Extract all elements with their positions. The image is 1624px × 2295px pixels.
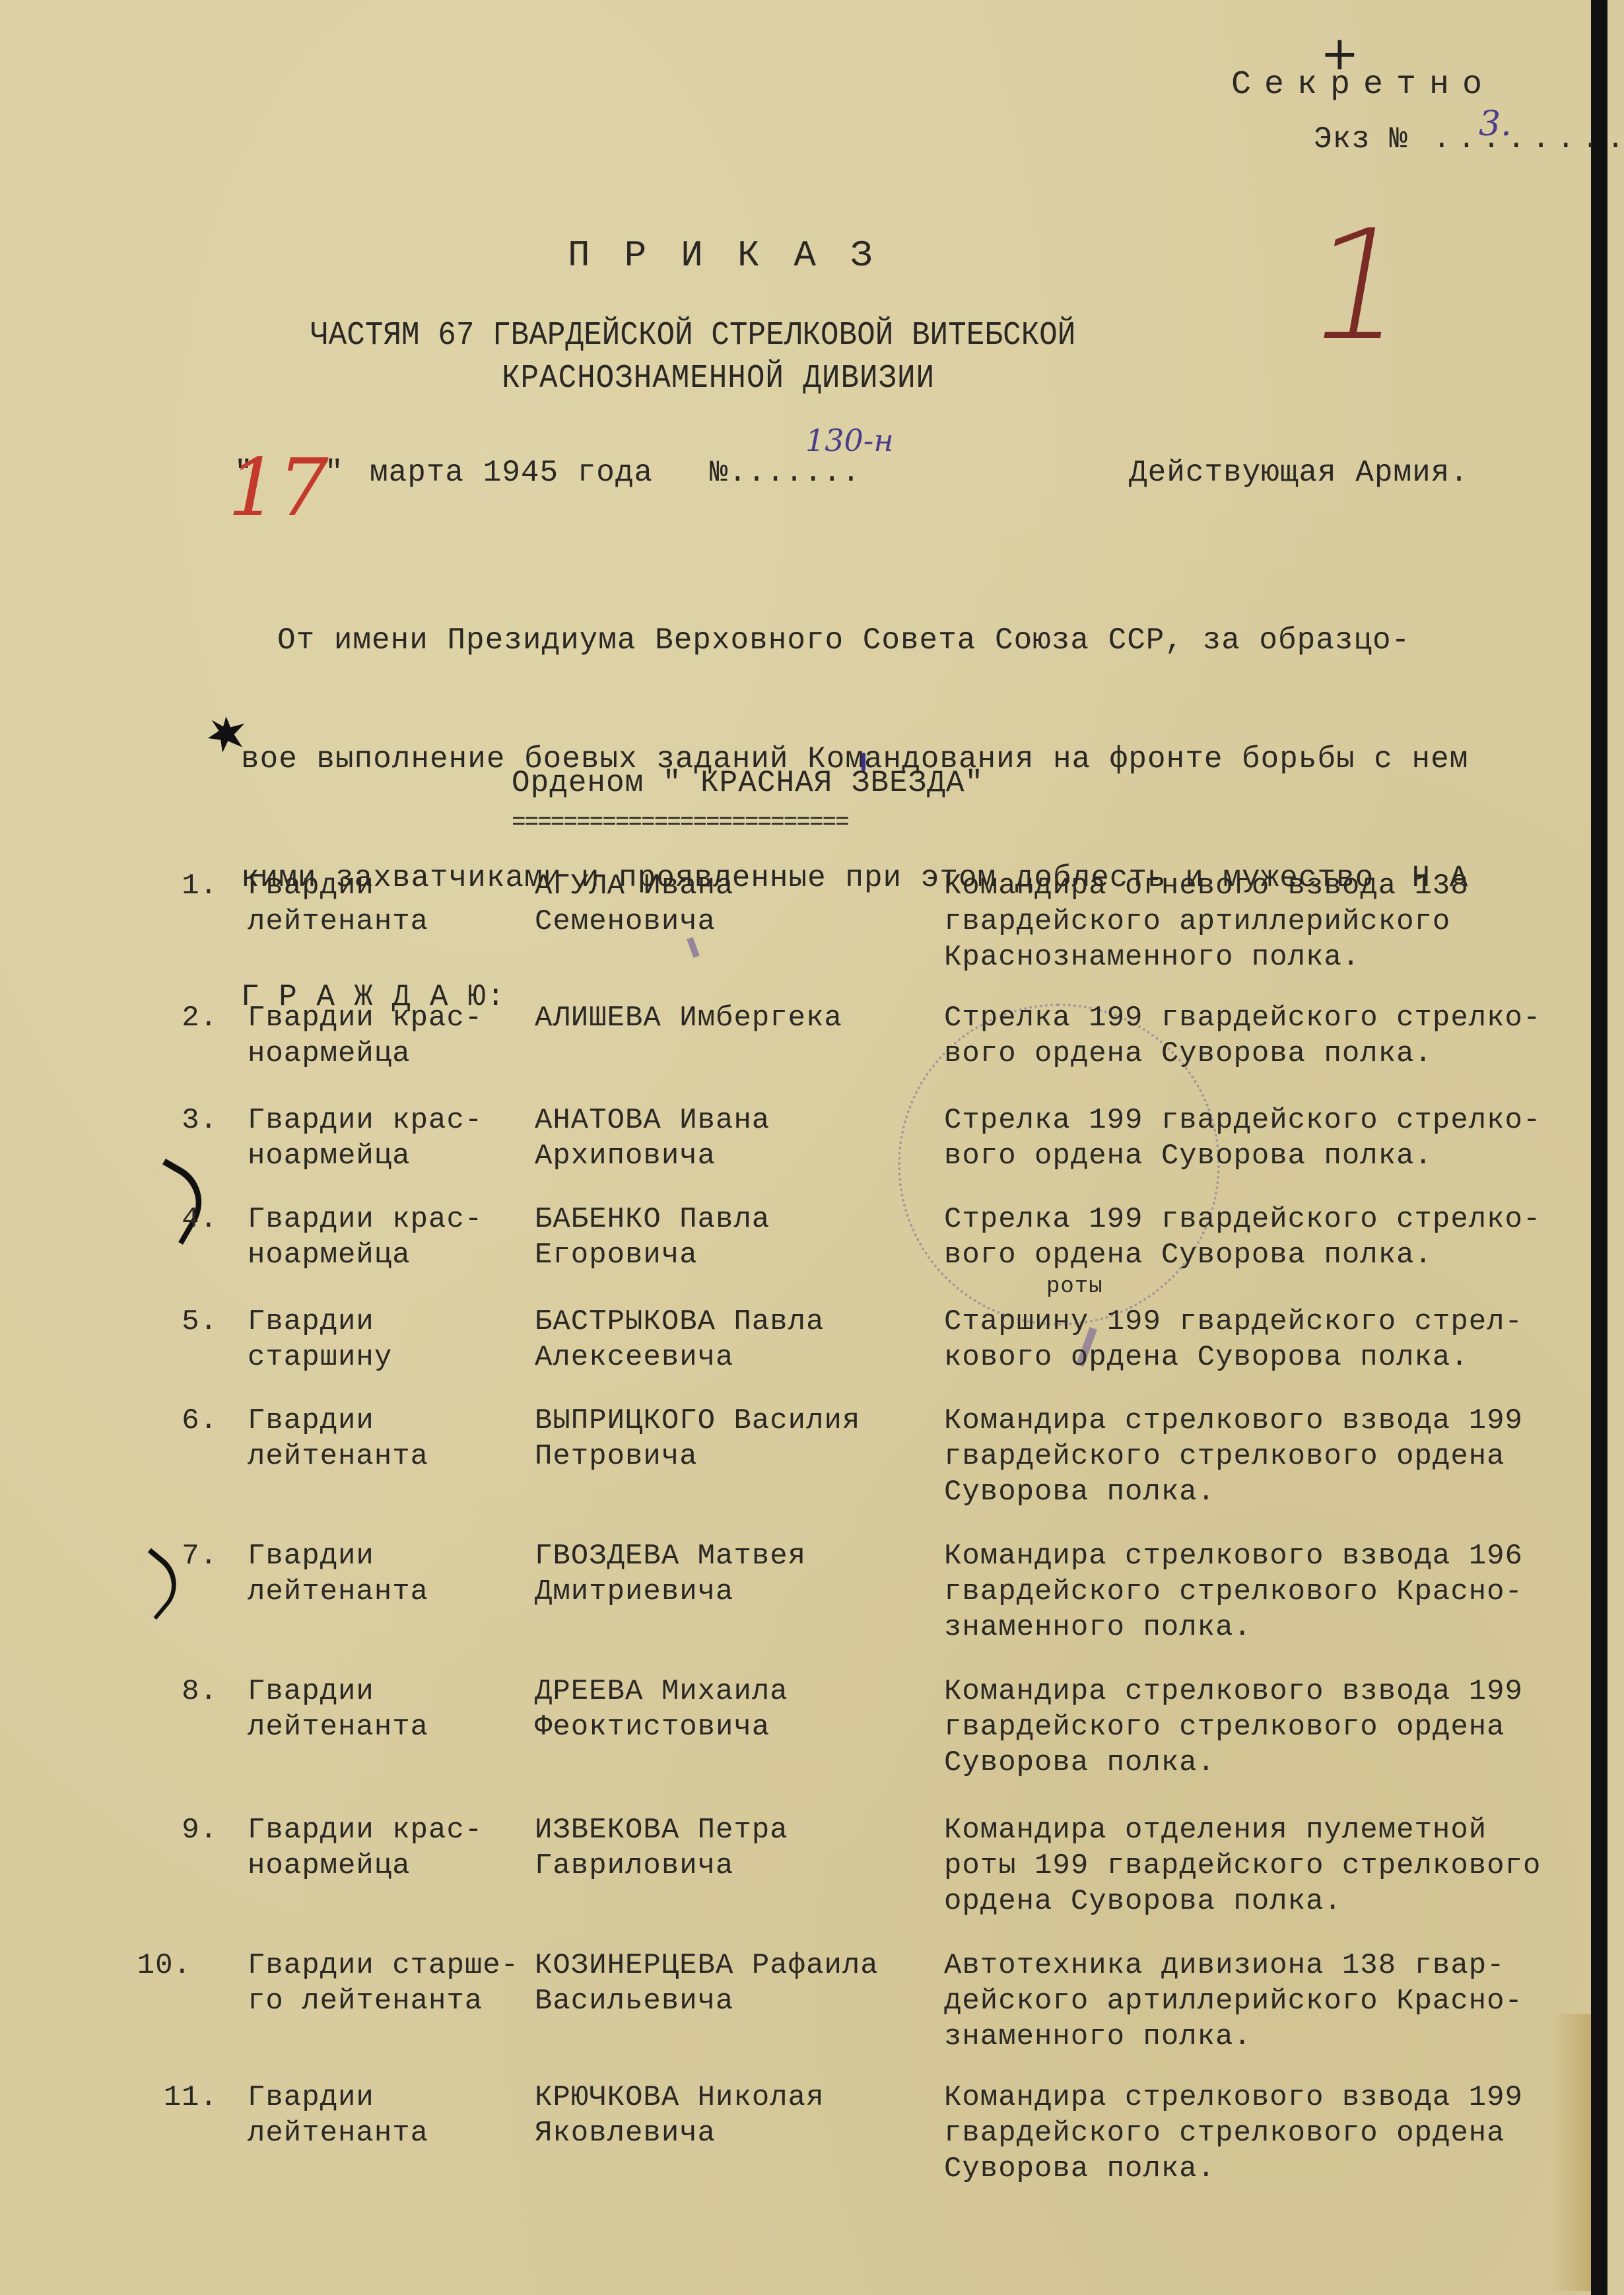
entry-name: БАСТРЫКОВА ПавлаАлексеевича	[535, 1304, 824, 1375]
page-marker-handwritten: 1	[1295, 198, 1422, 374]
entry-number: 10.	[132, 1948, 191, 1983]
award-underline: ==========================	[512, 809, 848, 836]
entry-position: Старшину 199 гвардейского стрел-кового о…	[944, 1304, 1523, 1375]
subtitle-line-2: КРАСНОЗНАМЕННОЙ ДИВИЗИИ	[502, 360, 935, 397]
document-page: + Секретно Экз № ........ 3. 1 ПРИКАЗ ЧА…	[0, 0, 1607, 2295]
entry-name: КОЗИНЕРЦЕВА РафаилаВасильевича	[535, 1948, 879, 2019]
entry-rank: Гвардии крас-ноармейца	[248, 1202, 483, 1273]
date-text: марта 1945 года №.......	[370, 456, 861, 490]
entry-rank: Гвардии крас-ноармейца	[248, 1103, 483, 1174]
entry-name: ИЗВЕКОВА ПетраГавриловича	[535, 1812, 788, 1884]
entry-number: 1.	[158, 868, 218, 904]
award-heading: Орденом " КРАСНАЯ ЗВЕЗДА"	[512, 766, 984, 800]
entry-position: Автотехника дивизиона 138 гвар-дейского …	[944, 1948, 1523, 2055]
entry-position: Командира огневого взвода 138гвардейског…	[944, 868, 1469, 975]
entry-rank: Гвардии крас-ноармейца	[248, 1812, 483, 1884]
inserted-annotation: роты	[1046, 1274, 1103, 1299]
document-title: ПРИКАЗ	[568, 234, 907, 277]
paper-stain	[1551, 2014, 1591, 2291]
date-quote-close: "	[325, 456, 344, 490]
entry-position: Стрелка 199 гвардейского стрелко-вого ор…	[944, 1202, 1541, 1273]
entry-number: 4.	[158, 1202, 218, 1237]
entry-number: 2.	[158, 1000, 218, 1036]
entry-number: 9.	[158, 1812, 218, 1848]
entry-rank: Гвардиилейтенанта	[248, 868, 428, 940]
copy-number-label: Экз №	[1314, 122, 1408, 156]
entry-rank: Гвардиилейтенанта	[248, 1674, 428, 1745]
entry-name: ГВОЗДЕВА МатвеяДмитриевича	[535, 1538, 806, 1610]
date-day-handwritten: 17	[228, 442, 329, 534]
entry-position: Командира стрелкового взвода 196гвардейс…	[944, 1538, 1523, 1645]
location-label: Действующая Армия.	[1129, 456, 1469, 490]
entry-rank: Гвардии старше-го лейтенанта	[248, 1948, 519, 2019]
scan-border	[1591, 0, 1607, 2295]
classification-label: Секретно	[1231, 66, 1495, 104]
entry-position: Стрелка 199 гвардейского стрелко-вого ор…	[944, 1103, 1541, 1174]
entry-position: Командира отделения пулеметнойроты 199 г…	[944, 1812, 1541, 1919]
entry-rank: Гвардиилейтенанта	[248, 1538, 428, 1610]
entry-name: ВЫПРИЦКОГО ВасилияПетровича	[535, 1403, 860, 1474]
entry-number: 8.	[158, 1674, 218, 1709]
entry-name: КРЮЧКОВА НиколаяЯковлевича	[535, 2080, 824, 2151]
entry-number: 5.	[158, 1304, 218, 1340]
entry-number: 11.	[158, 2080, 218, 2115]
entry-name: АЛИШЕВА Имбергека	[535, 1000, 842, 1036]
entry-number: 6.	[158, 1403, 218, 1439]
entry-rank: Гвардиилейтенанта	[248, 1403, 428, 1474]
copy-number-dots: ........	[1433, 122, 1624, 156]
entry-number: 7.	[158, 1538, 218, 1574]
entry-number: 3.	[158, 1103, 218, 1138]
subtitle-line-1: ЧАСТЯМ 67 ГВАРДЕЙСКОЙ СТРЕЛКОВОЙ ВИТЕБСК…	[310, 317, 1075, 355]
entry-position: Командира стрелкового взвода 199гвардейс…	[944, 1674, 1523, 1781]
entry-position: Стрелка 199 гвардейского стрелко-вого ор…	[944, 1000, 1541, 1072]
entry-name: БАБЕНКО ПавлаЕгоровича	[535, 1202, 770, 1273]
entry-position: Командира стрелкового взвода 199гвардейс…	[944, 1403, 1523, 1510]
entry-name: АГУЛА ИванаСеменовича	[535, 868, 733, 940]
intro-line-1: От имени Президиума Верховного Совета Со…	[277, 621, 1468, 660]
entry-rank: Гвардии крас-ноармейца	[248, 1000, 483, 1072]
entry-rank: Гвардиистаршину	[248, 1304, 392, 1375]
entry-name: АНАТОВА ИванаАрхиповича	[535, 1103, 770, 1174]
entry-position: Командира стрелкового взвода 199гвардейс…	[944, 2080, 1523, 2187]
entry-rank: Гвардиилейтенанта	[248, 2080, 428, 2151]
entry-name: ДРЕЕВА МихаилаФеоктистовича	[535, 1674, 788, 1745]
paper-hole	[208, 716, 244, 753]
copy-number-handwritten: 3.	[1479, 104, 1512, 144]
order-number-handwritten: 130-н	[805, 423, 894, 458]
